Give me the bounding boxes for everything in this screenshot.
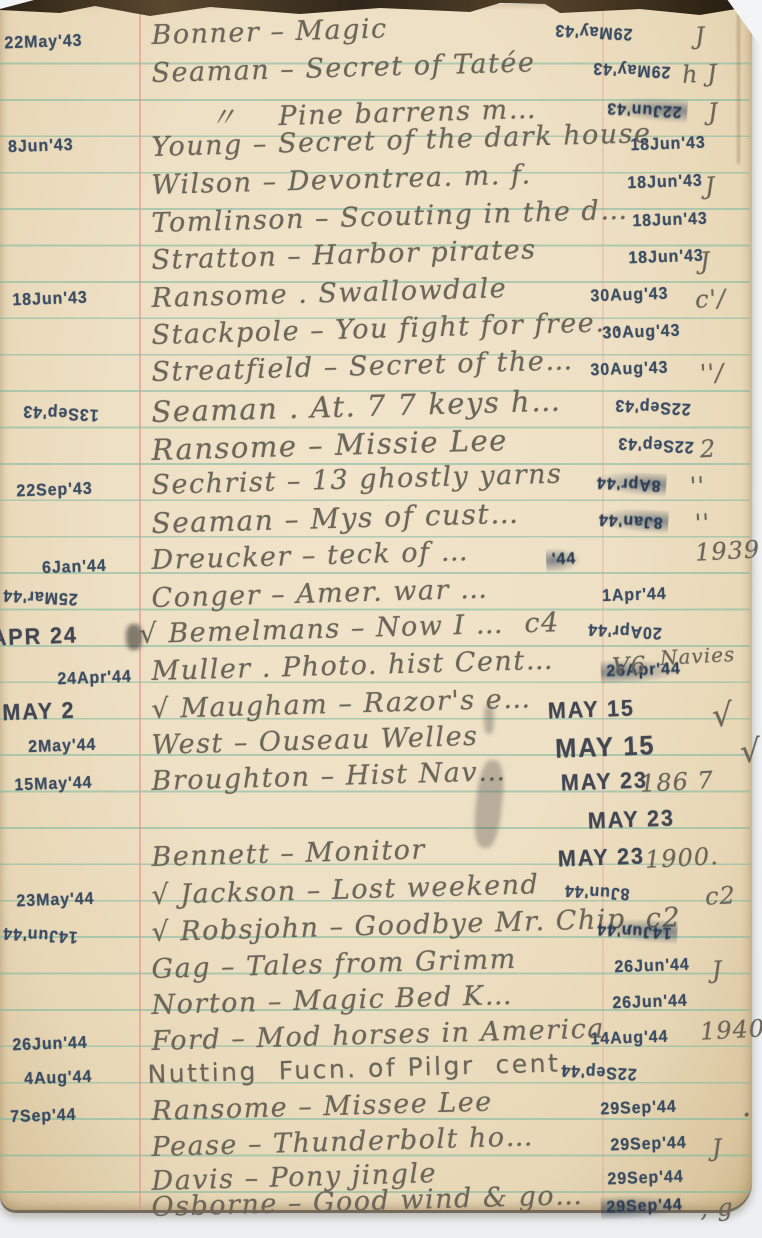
date-stamp-right: 30Aug'43 bbox=[590, 358, 669, 381]
date-stamp-left: 7Sep'44 bbox=[10, 1105, 77, 1127]
ledger-entries: 22May'43Bonner – Magic29May'43JSeaman – … bbox=[0, 4, 752, 1210]
date-stamp-left: 8Jun'43 bbox=[8, 135, 74, 157]
date-stamp-right: 29Sep'44 bbox=[607, 1167, 684, 1190]
date-stamp-right: 14Jun'44 bbox=[590, 917, 678, 945]
entry-pencil-note: J bbox=[711, 1134, 723, 1163]
entry-pencil-note: · bbox=[741, 1098, 753, 1134]
ledger-entry: 15May'44Broughton – Hist Nav…MAY 23186 7 bbox=[0, 766, 752, 803]
date-stamp-left: 13Sep'43 bbox=[22, 401, 99, 425]
date-stamp-right: 29May'43 bbox=[592, 58, 671, 82]
date-stamp-right: 1Apr'44 bbox=[602, 584, 667, 606]
date-stamp-left: 6Jan'44 bbox=[42, 556, 107, 578]
entry-pencil-note: V6 bbox=[611, 651, 647, 681]
entry-pencil-note: J bbox=[707, 98, 719, 127]
date-stamp-right: 22Sep'43 bbox=[617, 433, 694, 457]
date-stamp-left: 4Aug'44 bbox=[24, 1067, 93, 1089]
date-stamp-left: 2May'44 bbox=[28, 735, 97, 757]
entry-pencil-note: c'/ bbox=[694, 284, 727, 314]
entry-pencil-note: '' bbox=[689, 472, 706, 501]
ledger-entry: Seaman – Secret of Tatée29May'43h J bbox=[0, 58, 752, 95]
date-stamp-right: MAY 15 bbox=[555, 730, 656, 764]
date-stamp-right: 22Sep'44 bbox=[560, 1060, 637, 1084]
entry-pencil-note: Navies bbox=[659, 642, 735, 670]
date-stamp-right: 30Aug'43 bbox=[602, 321, 681, 344]
entry-handwriting: Bonner – Magic bbox=[151, 13, 388, 51]
entry-pencil-note: ''/ bbox=[699, 358, 725, 387]
entry-pencil-note: J bbox=[711, 956, 723, 985]
date-stamp-right: 22Sep'43 bbox=[614, 395, 691, 419]
entry-pencil-note: J bbox=[694, 22, 706, 51]
date-stamp-right: 18Jun'43 bbox=[630, 133, 706, 156]
date-stamp-left: 25Mar'44 bbox=[2, 585, 78, 609]
entry-pencil-note: c2 bbox=[704, 881, 736, 911]
date-stamp-left: 22Sep'43 bbox=[16, 479, 93, 502]
date-stamp-left: MAY 2 bbox=[2, 697, 76, 727]
date-stamp-right: 29Sep'44 bbox=[610, 1133, 687, 1156]
entry-pencil-note: 2 bbox=[699, 435, 717, 464]
entry-pencil-note: J bbox=[699, 247, 711, 276]
entry-pencil-note: 1940 bbox=[699, 1014, 762, 1045]
date-stamp-left: 22May'43 bbox=[4, 31, 83, 54]
date-stamp-right: 29Sep'44 bbox=[600, 1097, 677, 1120]
entry-pencil-note: 186 7 bbox=[639, 766, 714, 798]
pencil-smear bbox=[484, 704, 494, 734]
ledger-entry: Osborne – Good wind & go…29Sep'44, g bbox=[0, 1192, 752, 1229]
date-stamp-right: MAY 23 bbox=[557, 842, 645, 872]
date-stamp-left: 23May'44 bbox=[16, 889, 95, 912]
ink-blot bbox=[126, 624, 142, 650]
date-stamp-right: 29May'43 bbox=[554, 20, 633, 44]
date-stamp-right: 26Jun'44 bbox=[614, 955, 690, 978]
entry-pencil-note: √ bbox=[739, 731, 762, 770]
date-stamp-right: MAY 15 bbox=[547, 694, 635, 724]
date-stamp-right: 18Jun'43 bbox=[632, 209, 708, 232]
date-stamp-right: MAY 23 bbox=[587, 804, 675, 834]
date-stamp-right: 14Aug'44 bbox=[590, 1027, 669, 1050]
entry-pencil-note: h J bbox=[681, 59, 718, 89]
date-stamp-left: 18Jun'43 bbox=[12, 288, 88, 311]
date-stamp-right: 20Apr'44 bbox=[587, 619, 662, 643]
entry-pencil-note: √ bbox=[711, 695, 734, 734]
entry-pencil-note: 1939 bbox=[694, 535, 760, 566]
date-stamp-right: 18Jun'43 bbox=[627, 171, 703, 194]
scanned-ledger-page: 22May'43Bonner – Magic29May'43JSeaman – … bbox=[0, 0, 762, 1238]
date-stamp-right: 8Jun'44 bbox=[564, 880, 630, 903]
date-stamp-right: '44 bbox=[546, 546, 582, 571]
date-stamp-right: 26Jun'44 bbox=[612, 991, 688, 1014]
date-stamp-left: 24Apr'44 bbox=[57, 667, 132, 690]
date-stamp-left: 15May'44 bbox=[14, 773, 93, 796]
entry-pencil-note: J bbox=[704, 172, 716, 201]
ledger-page: 22May'43Bonner – Magic29May'43JSeaman – … bbox=[0, 4, 752, 1210]
date-stamp-right: 8Apr'44 bbox=[590, 470, 667, 498]
date-stamp-left: 14Jun'44 bbox=[2, 923, 78, 947]
entry-pencil-note: , g bbox=[699, 1193, 734, 1223]
date-stamp-right: MAY 23 bbox=[560, 766, 648, 796]
entry-handwriting: Bennett – Monitor bbox=[151, 834, 426, 873]
date-stamp-right: 30Aug'43 bbox=[590, 284, 669, 307]
date-stamp-right: 18Jun'43 bbox=[628, 246, 704, 269]
date-stamp-right: 8Jan'44 bbox=[592, 507, 669, 535]
date-stamp-left: 26Jun'44 bbox=[12, 1033, 88, 1056]
entry-pencil-note: 1900. bbox=[644, 842, 719, 874]
date-stamp-right: 29Sep'44 bbox=[600, 1192, 688, 1219]
date-stamp-left: APR 24 bbox=[0, 621, 78, 651]
entry-pencil-note: '' bbox=[694, 509, 711, 538]
